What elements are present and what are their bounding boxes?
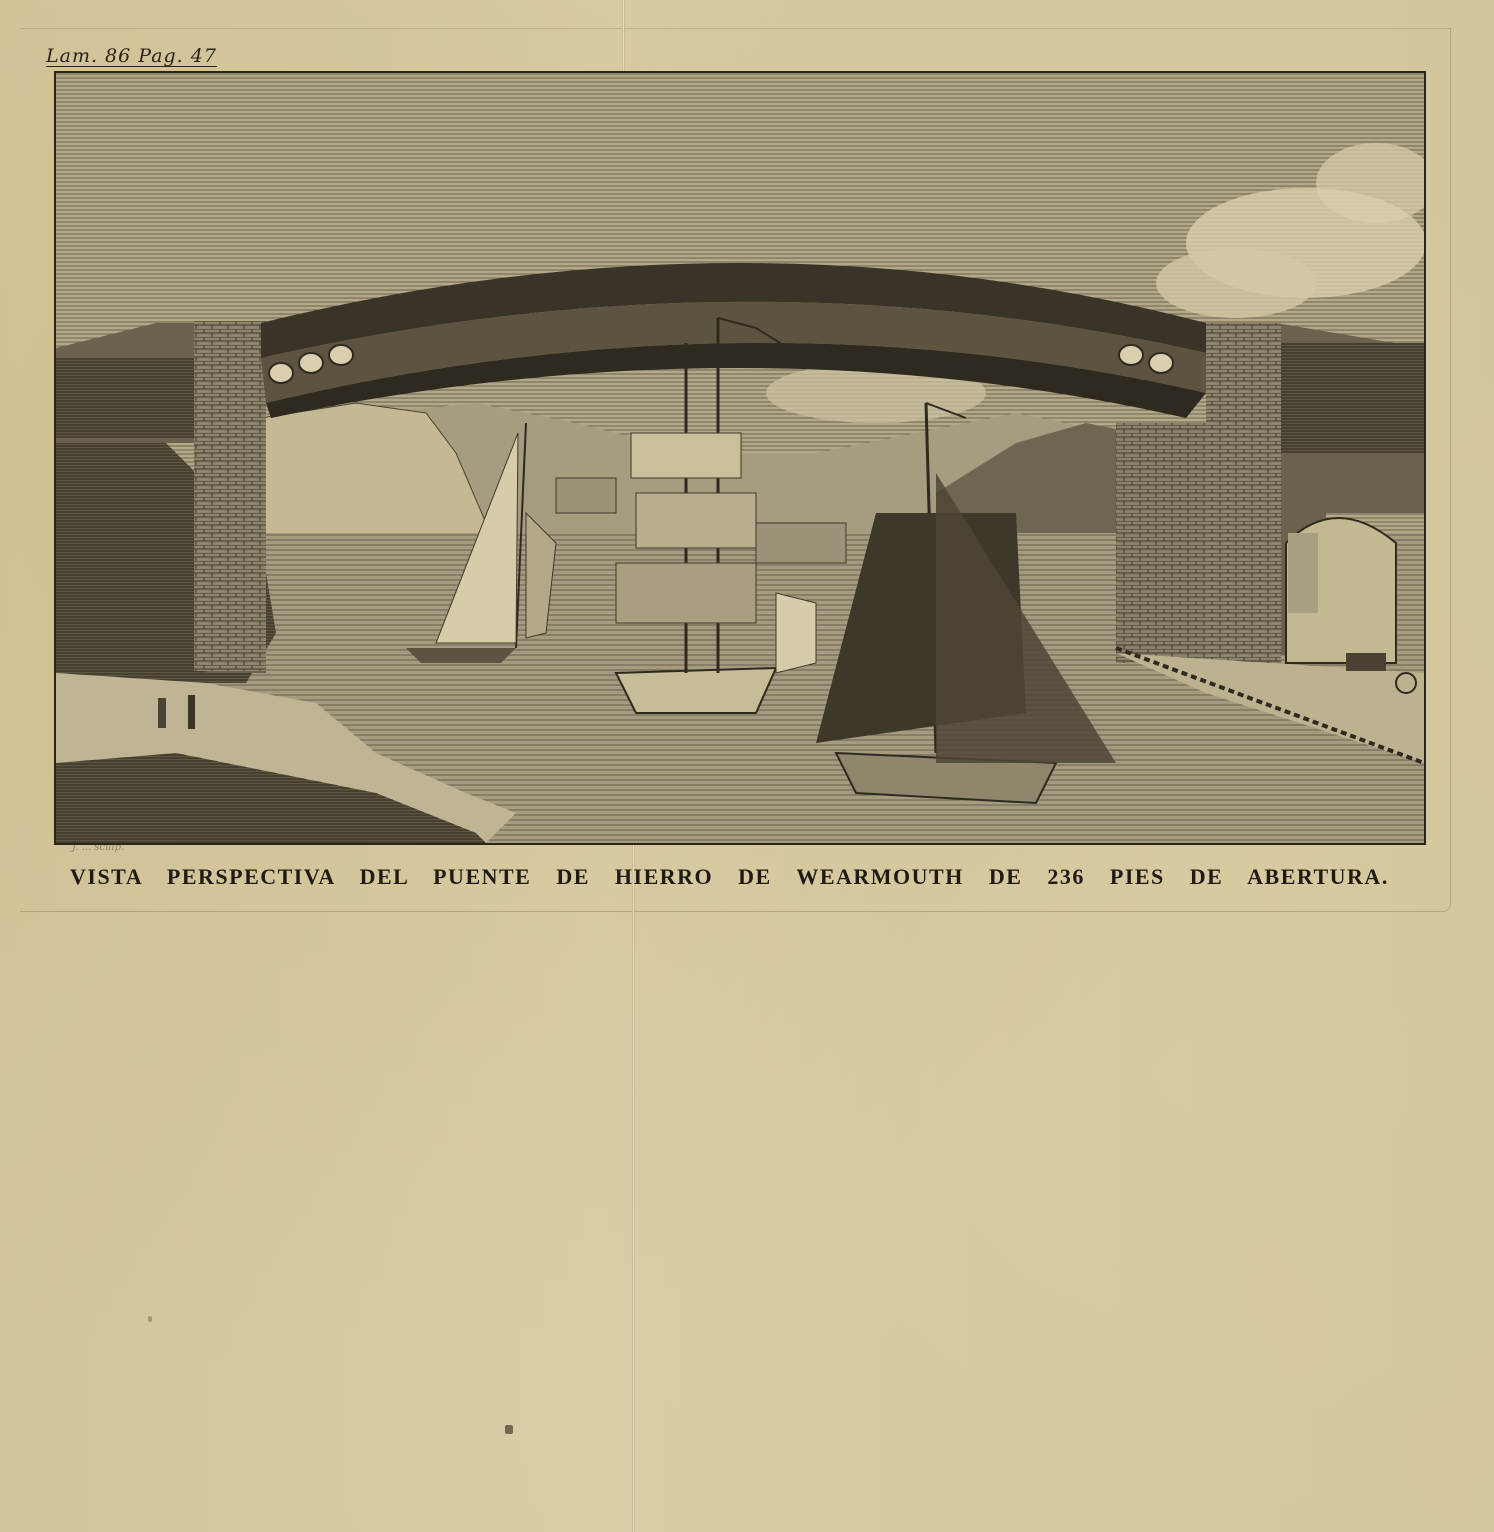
paper-stain (505, 1425, 513, 1434)
plate-reference: Lam. 86 Pag. 47 (46, 46, 217, 67)
engraving-image (54, 71, 1426, 845)
engraver-signature: J. ... sculp. (72, 842, 124, 853)
plate-caption: VISTA PERSPECTIVA DEL PUENTE DE HIERRO D… (70, 864, 1430, 890)
bridge-engraving-illustration (56, 73, 1424, 843)
paper-stain (148, 1316, 152, 1322)
